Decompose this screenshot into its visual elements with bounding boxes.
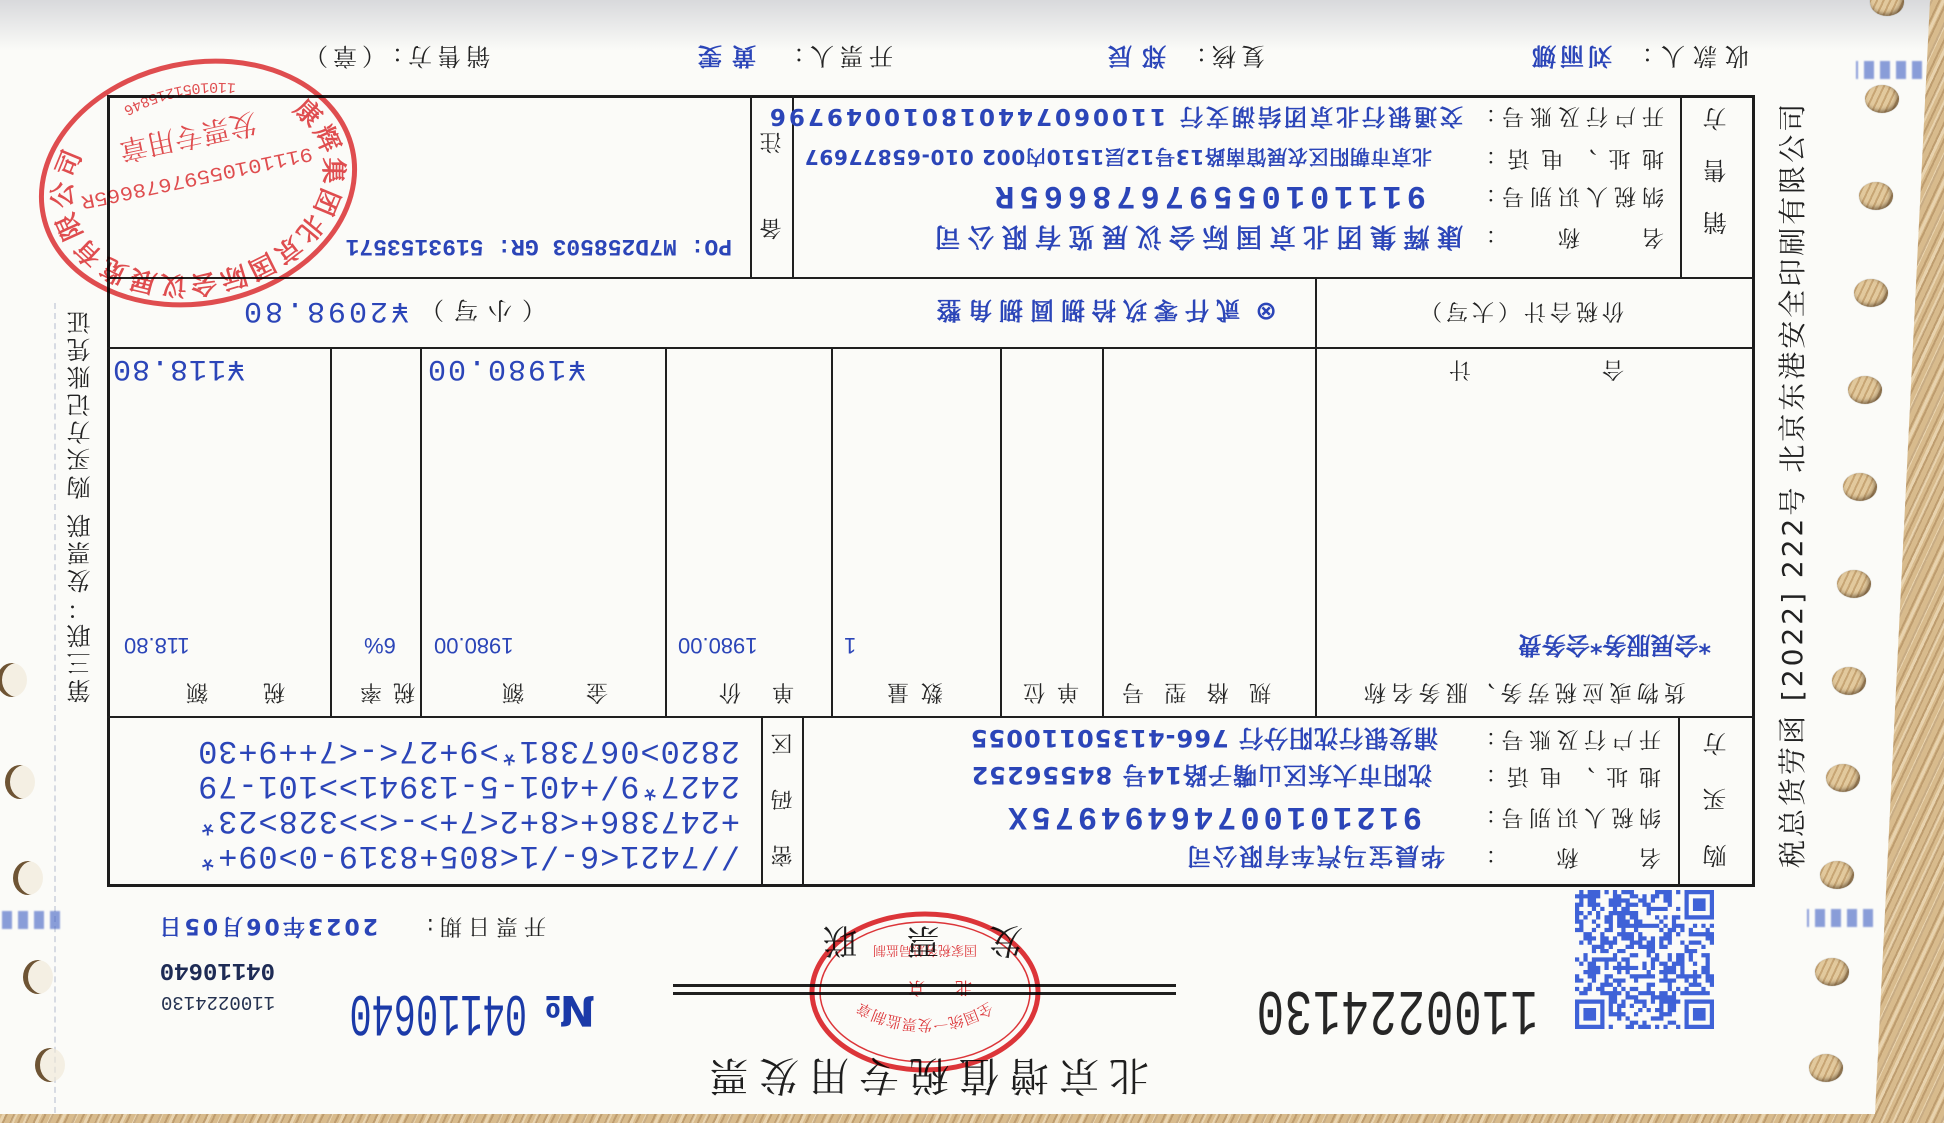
grid-line: [1315, 348, 1317, 717]
item-unit-price: 1980.00: [678, 634, 788, 656]
buyer-bank-account: 浦发银行沈阳分行 766-41350110055: [970, 726, 1438, 750]
grid-line: [761, 717, 763, 887]
svg-text:全国统一发票监制章: 全国统一发票监制章: [854, 998, 996, 1034]
tractor-feed-hole: [1837, 570, 1871, 598]
photo-background: 税总货劳函 [2022] 222号 北京东港安全印刷有限公司 第三联：发票联 购…: [0, 0, 1944, 1123]
printed-mark: [1807, 909, 1873, 927]
grid-line: [107, 716, 1755, 718]
grid-line: [330, 348, 332, 717]
item-quantity: 1: [844, 634, 904, 656]
issuer-name: 黄雯: [688, 44, 756, 68]
cross-circle-icon: ⊗: [1255, 298, 1277, 324]
grid-line: [1678, 717, 1680, 887]
buyer-address-phone: 沈阳市大东区山嘴子路14号 84556252: [971, 763, 1432, 787]
buyer-section-label: 购买方: [1705, 700, 1729, 868]
tractor-feed-hole: [23, 960, 53, 994]
grid-line: [831, 348, 833, 717]
total-tax: ¥118.80: [112, 353, 312, 383]
column-header-amount: 金额: [502, 680, 608, 702]
seller-tax-id-label: 纳税人识别号：: [1474, 184, 1664, 206]
grid-line: [1315, 278, 1317, 348]
seal-center-text: 北京: [878, 977, 972, 997]
tractor-feed-hole: [1854, 279, 1888, 307]
perforation-line: [54, 303, 56, 1113]
printed-mark: [1856, 61, 1922, 79]
issuer-label: 开票人：: [775, 44, 893, 68]
seller-section-label: 销售方: [1705, 79, 1729, 235]
issue-date: 2023年06月05日: [157, 914, 378, 936]
buyer-tax-id: 91210100746494975X: [1004, 800, 1422, 832]
cipher-line: //7421<6-/1<805+8319-0>09+*: [197, 839, 740, 871]
tractor-feed-hole: [1815, 958, 1849, 986]
seller-name-label: 名称：: [1474, 225, 1664, 247]
printed-number: 04110640: [160, 957, 275, 981]
total-amount: ¥1980.00: [426, 353, 626, 383]
grid-line: [1000, 348, 1002, 717]
invoice-code: 1100224130: [1256, 977, 1538, 1041]
tractor-feed-hole: [1809, 1054, 1843, 1082]
printed-code: 1100224130: [161, 992, 275, 1011]
seller-address-phone: 北京市朝阳区农展馆南路13号12层1510内002 010-65877697: [804, 147, 1432, 167]
grand-total-words: 贰仟零玖拾捌圆捌角整: [930, 298, 1240, 322]
grand-total-small-label: （小写）: [410, 298, 546, 322]
issue-date-label: 开票日期:: [421, 914, 546, 936]
tractor-feed-hole: [0, 663, 27, 697]
invoice-paper: 税总货劳函 [2022] 222号 北京东港安全印刷有限公司 第三联：发票联 购…: [0, 0, 1944, 1123]
column-header-name: 货物或应税劳务、服务名称: [1364, 680, 1686, 702]
seller-bank-account: 交通银行北京团结湖支行 110060744018010049796: [767, 104, 1463, 127]
seller-address-label: 地址、电话：: [1474, 146, 1664, 168]
reviewer-label: 复核：: [1178, 44, 1265, 68]
number-symbol: №: [544, 989, 595, 1031]
grid-line: [750, 95, 752, 278]
column-header-tax-rate: 税率: [360, 680, 415, 702]
cipher-line: 2820>067381*>9+27<-<7++9+30: [197, 734, 740, 766]
invoice-number: 04110640: [349, 980, 527, 1039]
copy-purpose-note: 第三联：发票联 购买方记账凭证: [68, 307, 94, 703]
tractor-feed-hole: [1843, 473, 1877, 501]
grid-line: [802, 717, 804, 887]
grand-total-label: 价税合计（大写）: [1416, 299, 1624, 321]
remarks-label: 备注: [762, 68, 784, 240]
column-header-unit: 单位: [1023, 680, 1079, 702]
total-label: 合计: [1449, 357, 1624, 379]
qr-code: [1575, 890, 1714, 1029]
cipher-line: 2427*9/+401-5-13941>>101-79: [197, 769, 740, 801]
item-tax-rate: 6%: [351, 634, 409, 656]
tractor-feed-hole: [13, 861, 43, 895]
seller-tax-id: 91110105597678665R: [990, 179, 1426, 211]
seller-name: 康辉集团北京国际会议展览有限公司: [927, 223, 1463, 249]
item-tax: 118.80: [124, 634, 234, 656]
grid-line: [1680, 95, 1682, 278]
tractor-feed-hole: [5, 765, 35, 799]
seller-bank-label: 开户行及账号：: [1474, 104, 1664, 126]
column-header-spec: 规格型号: [1122, 680, 1271, 702]
buyer-address-label: 地址、电话：: [1474, 764, 1661, 786]
grid-line: [420, 348, 422, 717]
tractor-feed-hole: [1859, 182, 1893, 210]
column-header-tax: 税额: [186, 680, 285, 702]
buyer-bank-label: 开户行及账号：: [1474, 727, 1661, 749]
seal-arc-text: 全国统一发票监制章: [854, 998, 996, 1034]
seal-bottom-text: 国家税务总局监制: [873, 942, 977, 958]
buyer-tax-id-label: 纳税人识别号：: [1474, 805, 1661, 827]
cipher-area-label: 密码区: [773, 699, 795, 867]
buyer-name: 华晨宝马汽车有限公司: [1185, 844, 1445, 868]
printed-mark: [2, 911, 60, 929]
reviewer-name: 郑辰: [1098, 44, 1166, 68]
tractor-feed-hole: [1848, 376, 1882, 404]
item-name: *会展服务*会务费: [1518, 633, 1711, 657]
tax-bureau-seal: 全国统一发票监制章 北京 国家税务总局监制: [808, 910, 1042, 1074]
remarks-text: PO: M7D258503 GR: 5193153571: [346, 234, 732, 257]
grid-line: [1102, 348, 1104, 717]
item-amount: 1980.00: [434, 634, 544, 656]
seller-invoice-seal: 康辉集团北京国际会议展览有限公司 91110105597678665R 发票专用…: [28, 48, 368, 318]
buyer-name-label: 名称：: [1474, 845, 1661, 867]
tractor-feed-hole: [1820, 861, 1854, 889]
column-header-quantity: 数量: [887, 680, 943, 702]
tractor-feed-hole: [35, 1048, 65, 1082]
tractor-feed-hole: [1832, 667, 1866, 695]
column-header-unit-price: 单价: [719, 680, 794, 702]
tractor-feed-hole: [1865, 85, 1899, 113]
grid-line: [107, 347, 1755, 349]
tractor-feed-hole: [1826, 764, 1860, 792]
payee-label: 收款人：: [1621, 44, 1749, 68]
cipher-line: +247386+<8+2<7+>-<>>328>23*: [197, 804, 740, 836]
payee-name: 刘丽娜: [1528, 44, 1612, 68]
printer-license-note: 税总货劳函 [2022] 222号 北京东港安全印刷有限公司: [1777, 101, 1809, 868]
grid-line: [665, 348, 667, 717]
